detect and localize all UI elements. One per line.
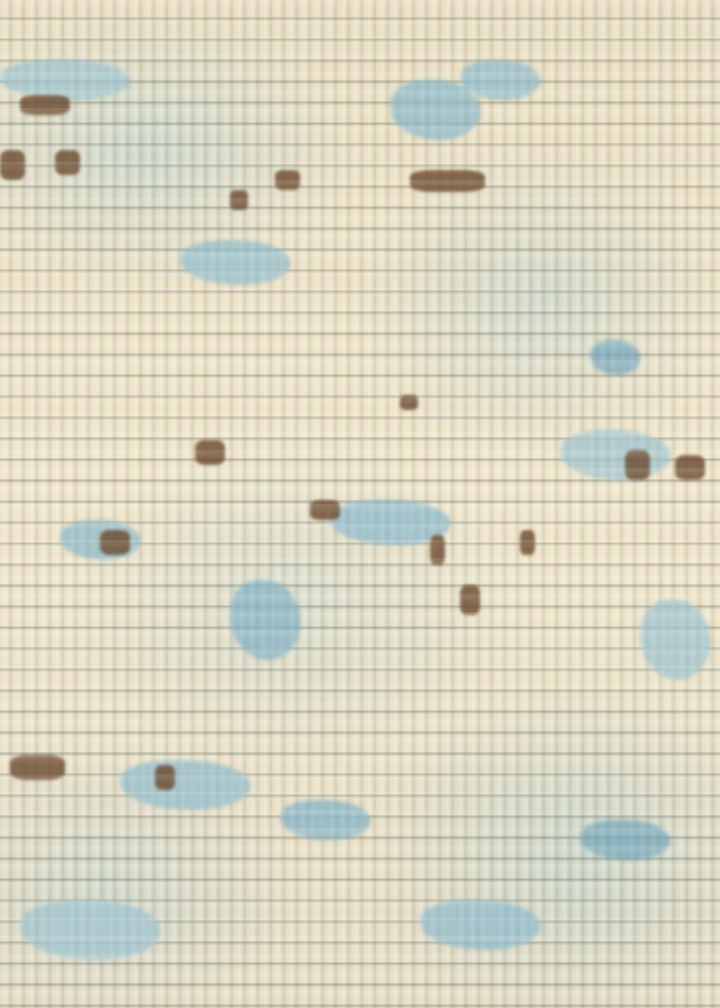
blue-patch [420, 900, 540, 950]
blue-patch [0, 60, 130, 100]
brown-fleck [100, 530, 130, 555]
brown-fleck [400, 395, 418, 410]
brown-fleck [675, 455, 705, 480]
blue-patch [580, 820, 670, 860]
blue-patch [280, 800, 370, 840]
brown-fleck [0, 150, 25, 180]
brown-fleck [275, 170, 300, 190]
brown-fleck [520, 530, 535, 555]
blue-patch [640, 600, 710, 680]
brown-fleck [625, 450, 650, 480]
blue-patch [120, 760, 250, 810]
brown-fleck [310, 500, 340, 520]
brown-fleck [20, 95, 70, 115]
blue-patch [560, 430, 670, 480]
brown-fleck [55, 150, 80, 175]
blue-patch [590, 340, 640, 375]
brown-fleck [410, 170, 485, 192]
brown-fleck [10, 755, 65, 780]
blue-patch [180, 240, 290, 285]
rug-texture-photo [0, 0, 720, 1008]
blue-patch [20, 900, 160, 960]
brown-fleck [195, 440, 225, 465]
brown-fleck [460, 585, 480, 615]
brown-fleck [230, 190, 248, 210]
brown-fleck [155, 765, 175, 790]
brown-fleck [430, 535, 445, 565]
blue-patch [230, 580, 300, 660]
